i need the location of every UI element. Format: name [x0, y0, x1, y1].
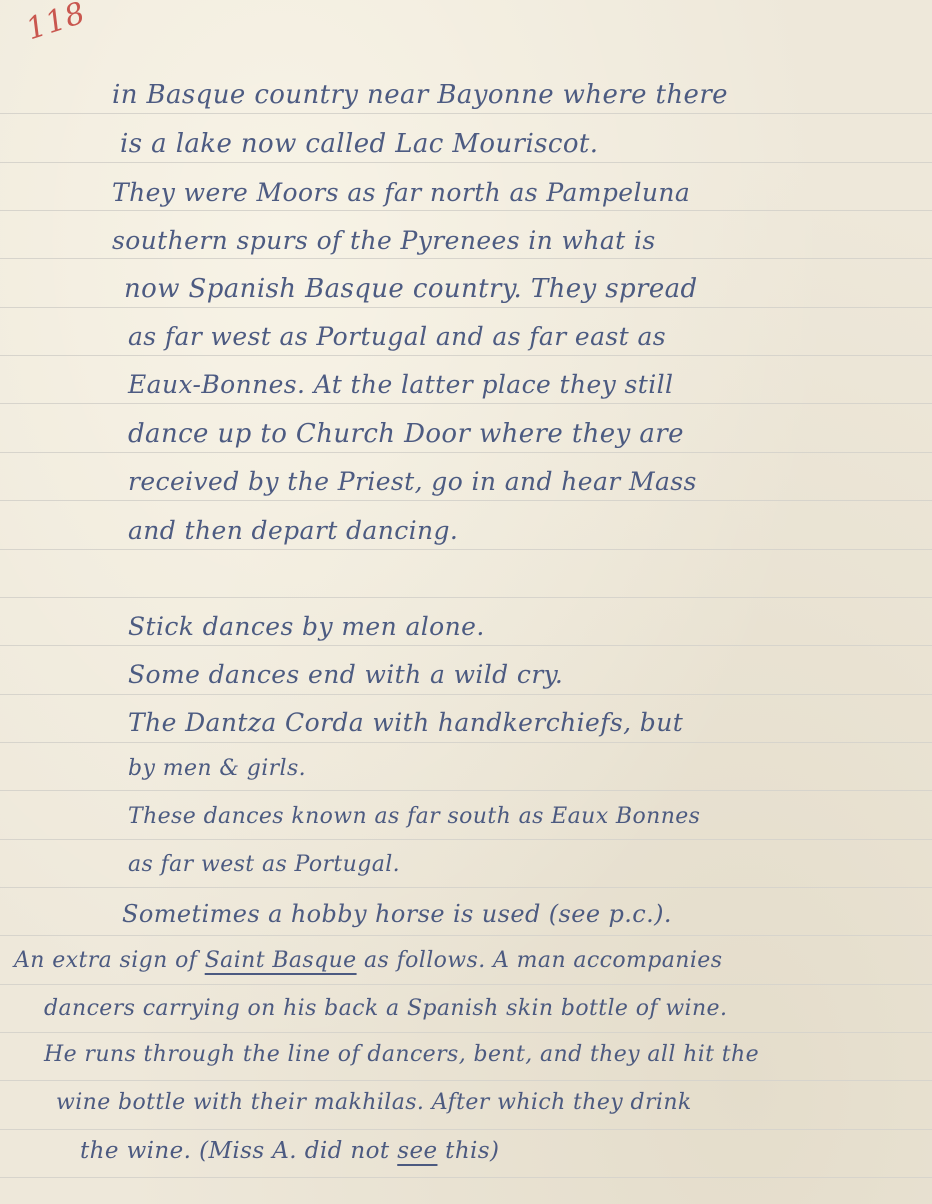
ruled-line: [0, 452, 932, 453]
text-line: and then depart dancing.: [128, 516, 458, 545]
ruled-line: [0, 355, 932, 356]
text-line: These dances known as far south as Eaux …: [128, 804, 700, 829]
text-line: now Spanish Basque country. They spread: [124, 274, 698, 304]
text-line: Some dances end with a wild cry.: [128, 660, 563, 689]
ruled-line: [0, 210, 932, 211]
ruled-line: [0, 645, 932, 646]
text-line: southern spurs of the Pyrenees in what i…: [112, 226, 656, 255]
ruled-line: [0, 258, 932, 259]
ruled-line: [0, 887, 932, 888]
text-line-start: the wine. (Miss A. did not: [80, 1138, 397, 1164]
ruled-line: [0, 403, 932, 404]
ruled-line: [0, 1129, 932, 1130]
underlined-term: Saint Basque: [205, 948, 357, 973]
text-line: dance up to Church Door where they are: [128, 419, 684, 449]
text-line: They were Moors as far north as Pampelun…: [112, 178, 690, 207]
text-line: An extra sign of Saint Basque as follows…: [14, 948, 722, 973]
ruled-line: [0, 935, 932, 936]
text-line: The Dantza Corda with handkerchiefs, but: [128, 708, 683, 737]
text-line: Eaux-Bonnes. At the latter place they st…: [128, 370, 673, 399]
text-line: by men & girls.: [128, 756, 306, 781]
text-line-start: An extra sign of: [14, 948, 205, 973]
ruled-line: [0, 162, 932, 163]
text-line-end: as follows. A man accompanies: [357, 948, 723, 973]
text-line: wine bottle with their makhilas. After w…: [56, 1090, 692, 1115]
manuscript-page: 118 in Basque country near Bayonne where…: [0, 0, 932, 1204]
ruled-line: [0, 500, 932, 501]
underlined-word: see: [397, 1138, 437, 1164]
text-line: Sometimes a hobby horse is used (see p.c…: [122, 900, 672, 928]
text-line: as far west as Portugal and as far east …: [128, 322, 666, 351]
ruled-line: [0, 549, 932, 550]
ruled-line: [0, 1177, 932, 1178]
ruled-line: [0, 694, 932, 695]
text-line: is a lake now called Lac Mouriscot.: [120, 129, 598, 159]
ruled-line: [0, 742, 932, 743]
ruled-line: [0, 597, 932, 598]
text-line: the wine. (Miss A. did not see this): [80, 1138, 499, 1164]
text-line-end: this): [437, 1138, 499, 1164]
ruled-line: [0, 839, 932, 840]
ruled-line: [0, 790, 932, 791]
text-line: received by the Priest, go in and hear M…: [128, 467, 697, 496]
ruled-line: [0, 307, 932, 308]
text-line: Stick dances by men alone.: [128, 612, 485, 641]
page-number: 118: [22, 0, 90, 47]
ruled-line: [0, 113, 932, 114]
ruled-line: [0, 984, 932, 985]
ruled-line: [0, 1032, 932, 1033]
text-line: He runs through the line of dancers, ben…: [44, 1042, 759, 1067]
text-line: dancers carrying on his back a Spanish s…: [44, 996, 727, 1021]
ruled-line: [0, 1080, 932, 1081]
text-line: as far west as Portugal.: [128, 852, 400, 877]
text-line: in Basque country near Bayonne where the…: [112, 80, 728, 110]
